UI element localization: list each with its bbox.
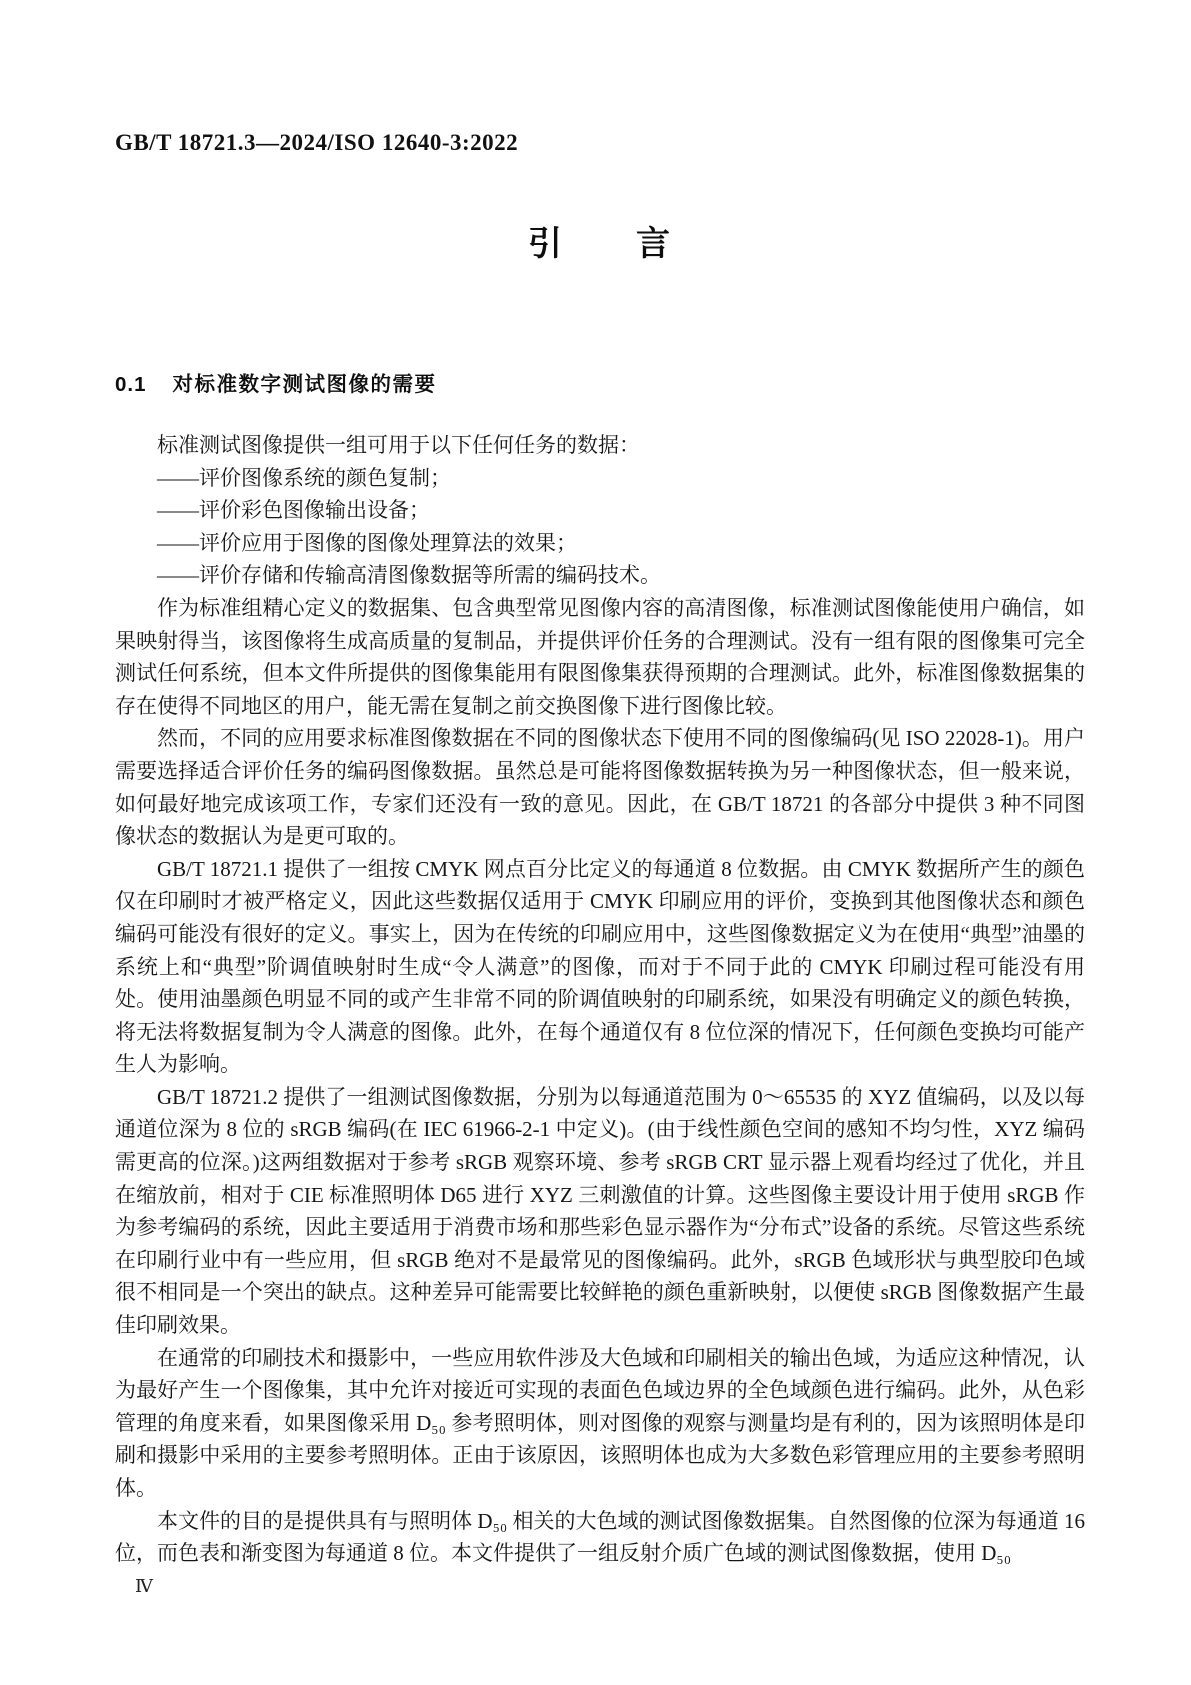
list-item: ——评价存储和传输高清图像数据等所需的编码技术。	[115, 559, 1085, 592]
paragraph: 然而，不同的应用要求标准图像数据在不同的图像状态下使用不同的图像编码(见 ISO…	[115, 722, 1085, 852]
list-item: ——评价图像系统的颜色复制；	[115, 462, 1085, 495]
standard-code: GB/T 18721.3—2024/ISO 12640-3:2022	[115, 130, 518, 155]
paragraph: GB/T 18721.2 提供了一组测试图像数据，分别为以每通道范围为 0～65…	[115, 1081, 1085, 1342]
list-item: ——评价彩色图像输出设备；	[115, 494, 1085, 527]
paragraph: 在通常的印刷技术和摄影中，一些应用软件涉及大色域和印刷相关的输出色域，为适应这种…	[115, 1342, 1085, 1505]
document-page: GB/T 18721.3—2024/ISO 12640-3:2022 引 言 0…	[0, 0, 1191, 1685]
section-title: 对标准数字测试图像的需要	[173, 373, 437, 396]
paragraph: GB/T 18721.1 提供了一组按 CMYK 网点百分比定义的每通道 8 位…	[115, 853, 1085, 1081]
intro-lead-paragraph: 标准测试图像提供一组可用于以下任何任务的数据：	[115, 429, 1085, 462]
body-text: 标准测试图像提供一组可用于以下任何任务的数据： ——评价图像系统的颜色复制； —…	[115, 429, 1085, 1570]
page-title: 引 言	[115, 216, 1085, 265]
paragraph: 作为标准组精心定义的数据集、包含典型常见图像内容的高清图像，标准测试图像能使用户…	[115, 592, 1085, 722]
document-header: GB/T 18721.3—2024/ISO 12640-3:2022	[115, 0, 1085, 156]
section-heading: 0.1对标准数字测试图像的需要	[115, 367, 1085, 397]
list-item: ——评价应用于图像的图像处理算法的效果；	[115, 527, 1085, 560]
paragraph: 本文件的目的是提供具有与照明体 D₅₀ 相关的大色域的测试图像数据集。自然图像的…	[115, 1505, 1085, 1570]
page-number: Ⅳ	[135, 1576, 153, 1597]
page-content: GB/T 18721.3—2024/ISO 12640-3:2022 引 言 0…	[0, 0, 1191, 1597]
section-number: 0.1	[115, 373, 147, 396]
